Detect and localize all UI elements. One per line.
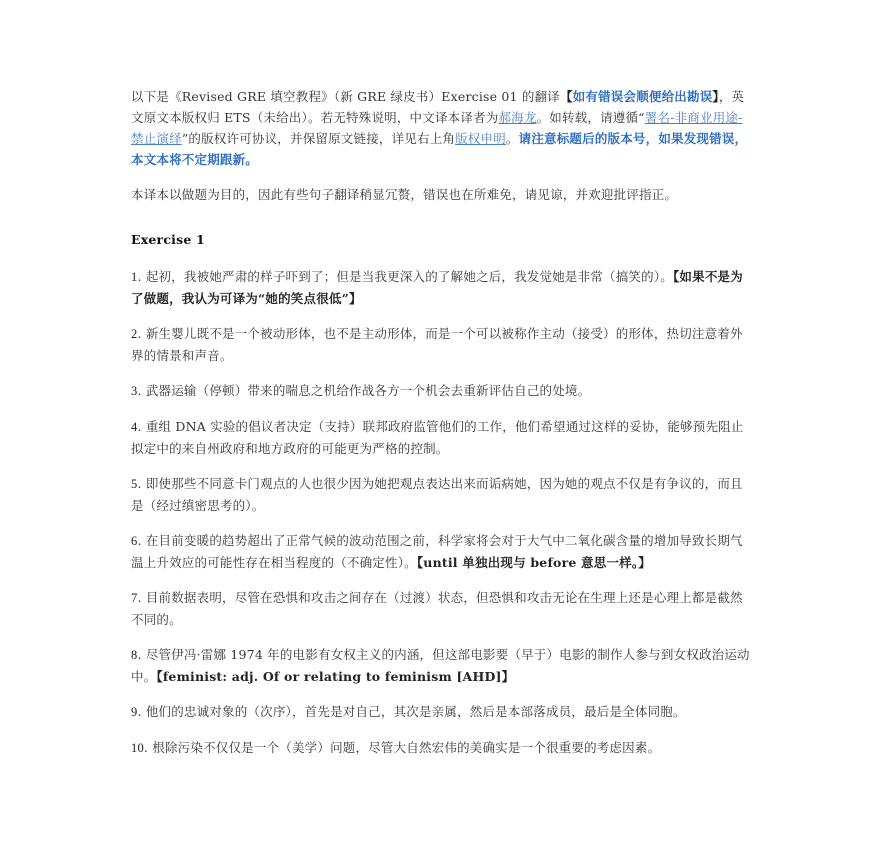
intro-text-e: 。 [506, 131, 519, 146]
item-number: 5 [131, 477, 137, 491]
intro-text-a: 以下是《Revised GRE 填空教程》（新 GRE 绿皮书）Exercise… [131, 89, 560, 104]
exercise-item: 10. 根除污染不仅仅是一个（美学）问题，尽管大自然宏伟的美确实是一个很重要的考… [131, 737, 751, 759]
item-text: 新生婴儿既不是一个被动形体，也不是主动形体，而是一个可以被称作主动（接受）的形体… [131, 326, 743, 363]
exercise-item: 8. 尽管伊冯·雷娜 1974 年的电影有女权主义的内涵，但这部电影要（早于）电… [131, 644, 751, 687]
errata-notice: 如有错误会顺便给出勘误 [573, 89, 713, 104]
exercise-item: 3. 武器运输（停顿）带来的喘息之机给作战各方一个机会去重新评估自己的处境。 [131, 380, 751, 402]
purpose-paragraph: 本译本以做题为目的，因此有些句子翻译稍显冗赘，错误也在所难免，请见谅，并欢迎批评… [131, 184, 751, 205]
item-number: 7 [131, 591, 137, 605]
item-number: 9 [131, 705, 137, 719]
exercise-item: 7. 目前数据表明，尽管在恐惧和攻击之间存在（过渡）状态，但恐惧和攻击无论在生理… [131, 587, 751, 630]
exercise-item: 1. 起初，我被她严肃的样子吓到了；但是当我更深入的了解她之后，我发觉她是非常（… [131, 266, 751, 309]
item-number: 8 [131, 648, 137, 662]
item-note: 【feminist: adj. Of or relating to femini… [156, 669, 514, 684]
item-text: 即使那些不同意卡门观点的人也很少因为她把观点表达出来而诟病她，因为她的观点不仅是… [131, 476, 743, 513]
exercise-list: 1. 起初，我被她严肃的样子吓到了；但是当我更深入的了解她之后，我发觉她是非常（… [131, 266, 751, 759]
intro-paragraph: 以下是《Revised GRE 填空教程》（新 GRE 绿皮书）Exercise… [131, 86, 751, 170]
item-note: 【until 单独出现与 before 意思一样。】 [417, 555, 651, 570]
exercise-item: 9. 他们的忠诚对象的（次序），首先是对自己，其次是亲属，然后是本部落成员，最后… [131, 701, 751, 723]
item-text: 重组 DNA 实验的倡议者决定（支持）联邦政府监管他们的工作，他们希望通过这样的… [131, 419, 744, 456]
item-number: 10 [131, 741, 144, 755]
exercise-item: 2. 新生婴儿既不是一个被动形体，也不是主动形体，而是一个可以被称作主动（接受）… [131, 323, 751, 366]
intro-text-c: 。如转载，请遵循“ [537, 110, 645, 125]
item-text: 他们的忠诚对象的（次序），首先是对自己，其次是亲属，然后是本部落成员，最后是全体… [146, 704, 686, 719]
exercise-item: 6. 在目前变暖的趋势超出了正常气候的波动范围之前，科学家将会对于大气中二氧化碳… [131, 530, 751, 573]
translator-link[interactable]: 郝海龙 [498, 110, 536, 125]
item-number: 2 [131, 327, 137, 341]
item-text: 根除污染不仅仅是一个（美学）问题，尽管大自然宏伟的美确实是一个很重要的考虑因素。 [152, 740, 660, 755]
item-text: 武器运输（停顿）带来的喘息之机给作战各方一个机会去重新评估自己的处境。 [146, 383, 591, 398]
exercise-item: 5. 即使那些不同意卡门观点的人也很少因为她把观点表达出来而诟病她，因为她的观点… [131, 473, 751, 516]
item-text: 目前数据表明，尽管在恐惧和攻击之间存在（过渡）状态，但恐惧和攻击无论在生理上还是… [131, 590, 743, 627]
intro-text-d: ”的版权许可协议，并保留原文链接，详见右上角 [182, 131, 455, 146]
item-number: 3 [131, 384, 137, 398]
bracket-open: 【 [560, 89, 573, 104]
item-text: 起初，我被她严肃的样子吓到了；但是当我更深入的了解她之后，我发觉她是非常（搞笑的… [146, 269, 673, 284]
item-number: 4 [131, 420, 137, 434]
exercise-title: Exercise 1 [131, 229, 751, 250]
document-page: 以下是《Revised GRE 填空教程》（新 GRE 绿皮书）Exercise… [131, 86, 751, 773]
exercise-item: 4. 重组 DNA 实验的倡议者决定（支持）联邦政府监管他们的工作，他们希望通过… [131, 416, 751, 459]
copyright-link[interactable]: 版权申明 [455, 131, 506, 146]
item-number: 6 [131, 534, 137, 548]
item-number: 1 [131, 270, 137, 284]
